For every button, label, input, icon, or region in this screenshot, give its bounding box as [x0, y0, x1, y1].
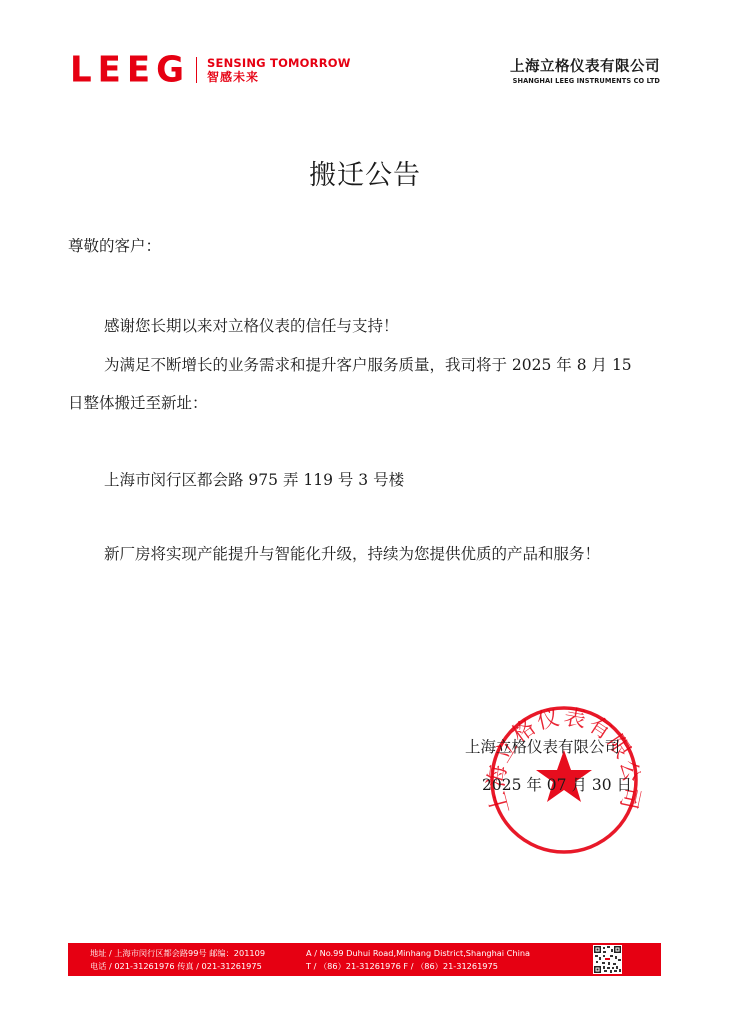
company-logo: LEEG SENSING TOMORROW 智感未来: [70, 52, 351, 88]
company-name-en: SHANGHAI LEEG INSTRUMENTS CO LTD: [510, 76, 660, 86]
paragraph-thanks: 感谢您长期以来对立格仪表的信任与支持！: [104, 316, 399, 336]
logo-mark: LEEG: [70, 51, 190, 89]
paragraph-relocation-line1: 为满足不断增长的业务需求和提升客户服务质量，我司将于 2025 年 8 月 15: [104, 355, 632, 375]
company-name-block: 上海立格仪表有限公司 SHANGHAI LEEG INSTRUMENTS CO …: [510, 58, 660, 86]
logo-tagline: SENSING TOMORROW 智感未来: [207, 56, 351, 85]
company-name-cn: 上海立格仪表有限公司: [510, 58, 660, 76]
new-address: 上海市闵行区都会路 975 弄 119 号 3 号楼: [104, 470, 404, 490]
document-title: 搬迁公告: [0, 153, 730, 192]
tagline-cn: 智感未来: [207, 70, 351, 85]
footer-contact-bar: 地址 / 上海市闵行区都会路99号 邮编：201109 电话 / 021-312…: [68, 943, 661, 976]
qr-code-icon: [593, 945, 622, 974]
footer-phone-cn: 电话 / 021-31261976 传真 / 021-31261975: [90, 960, 265, 973]
closing-paragraph: 新厂房将实现产能提升与智能化升级，持续为您提供优质的产品和服务！: [104, 544, 600, 564]
footer-cn-contact: 地址 / 上海市闵行区都会路99号 邮编：201109 电话 / 021-312…: [90, 947, 265, 973]
signature-company: 上海立格仪表有限公司: [465, 737, 620, 757]
footer-address-cn: 地址 / 上海市闵行区都会路99号 邮编：201109: [90, 947, 265, 960]
logo-divider: [196, 57, 197, 83]
paragraph-relocation-line2: 日整体搬迁至新址：: [68, 393, 208, 413]
footer-phone-en: T / （86）21-31261976 F / （86）21-31261975: [306, 960, 530, 973]
greeting: 尊敬的客户：: [68, 236, 161, 256]
signature-date: 2025 年 07 月 30 日: [482, 775, 632, 795]
footer-address-en: A / No.99 Duhui Road,Minhang District,Sh…: [306, 947, 530, 960]
footer-en-contact: A / No.99 Duhui Road,Minhang District,Sh…: [306, 947, 530, 973]
tagline-en: SENSING TOMORROW: [207, 56, 351, 70]
